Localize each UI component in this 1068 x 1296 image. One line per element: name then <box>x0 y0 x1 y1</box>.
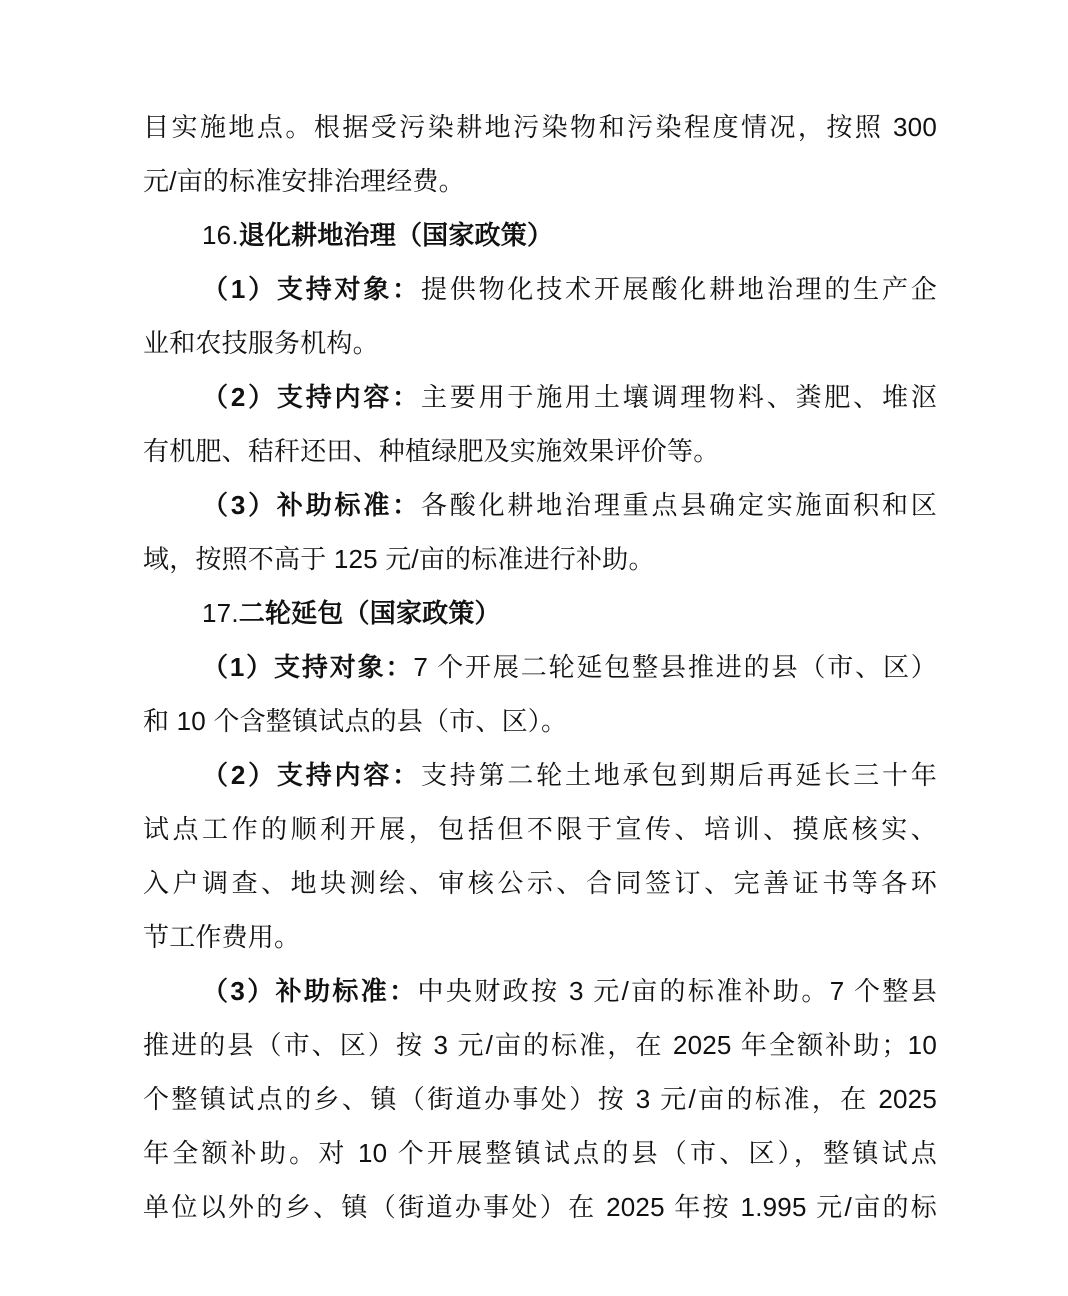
section-heading-17: 17.二轮延包（国家政策） <box>143 594 937 648</box>
item-line: 节工作费用。 <box>143 918 937 972</box>
item-line: 个整镇试点的乡、镇（街道办事处）按 3 元/亩的标准，在 2025 <box>143 1080 937 1134</box>
item-text: 支持第二轮土地承包到期后再延长三十年 <box>421 760 937 790</box>
item-text: 提供物化技术开展酸化耕地治理的生产企 <box>421 274 937 304</box>
item-line: （1）支持对象：提供物化技术开展酸化耕地治理的生产企 <box>143 270 937 324</box>
section-heading-16: 16.退化耕地治理（国家政策） <box>143 216 937 270</box>
section-number: 16. <box>202 220 239 250</box>
item-label: （1）支持对象： <box>202 274 421 304</box>
section-title: 二轮延包（国家政策） <box>239 598 501 628</box>
item-line: 域，按照不高于 125 元/亩的标准进行补助。 <box>143 540 937 594</box>
item-line: 推进的县（市、区）按 3 元/亩的标准，在 2025 年全额补助；10 <box>143 1026 937 1080</box>
paragraph-line: 元/亩的标准安排治理经费。 <box>143 162 937 216</box>
item-line: 单位以外的乡、镇（街道办事处）在 2025 年按 1.995 元/亩的标 <box>143 1188 937 1242</box>
item-line: 业和农技服务机构。 <box>143 324 937 378</box>
section-number: 17. <box>202 598 239 628</box>
item-line: （3）补助标准：中央财政按 3 元/亩的标准补助。7 个整县 <box>143 972 937 1026</box>
item-text: 主要用于施用土壤调理物料、粪肥、堆沤 <box>421 382 937 412</box>
item-text: 各酸化耕地治理重点县确定实施面积和区 <box>421 490 937 520</box>
item-label: （2）支持内容： <box>202 382 421 412</box>
item-text: 中央财政按 3 元/亩的标准补助。7 个整县 <box>417 976 937 1006</box>
item-line: 试点工作的顺利开展，包括但不限于宣传、培训、摸底核实、 <box>143 810 937 864</box>
item-line: （2）支持内容：主要用于施用土壤调理物料、粪肥、堆沤 <box>143 378 937 432</box>
item-label: （1）支持对象： <box>202 652 413 682</box>
item-line: （2）支持内容：支持第二轮土地承包到期后再延长三十年 <box>143 756 937 810</box>
item-label: （3）补助标准： <box>202 976 417 1006</box>
item-line: 和 10 个含整镇试点的县（市、区）。 <box>143 702 937 756</box>
item-label: （2）支持内容： <box>202 760 421 790</box>
item-line: 有机肥、秸秆还田、种植绿肥及实施效果评价等。 <box>143 432 937 486</box>
item-line: （3）补助标准：各酸化耕地治理重点县确定实施面积和区 <box>143 486 937 540</box>
item-text: 7 个开展二轮延包整县推进的县（市、区） <box>413 652 937 682</box>
paragraph-line: 目实施地点。根据受污染耕地污染物和污染程度情况，按照 300 <box>143 108 937 162</box>
item-label: （3）补助标准： <box>202 490 421 520</box>
document-page: 目实施地点。根据受污染耕地污染物和污染程度情况，按照 300 元/亩的标准安排治… <box>143 108 937 1242</box>
item-line: 年全额补助。对 10 个开展整镇试点的县（市、区），整镇试点 <box>143 1134 937 1188</box>
item-line: 入户调查、地块测绘、审核公示、合同签订、完善证书等各环 <box>143 864 937 918</box>
section-title: 退化耕地治理（国家政策） <box>239 220 553 250</box>
item-line: （1）支持对象：7 个开展二轮延包整县推进的县（市、区） <box>143 648 937 702</box>
